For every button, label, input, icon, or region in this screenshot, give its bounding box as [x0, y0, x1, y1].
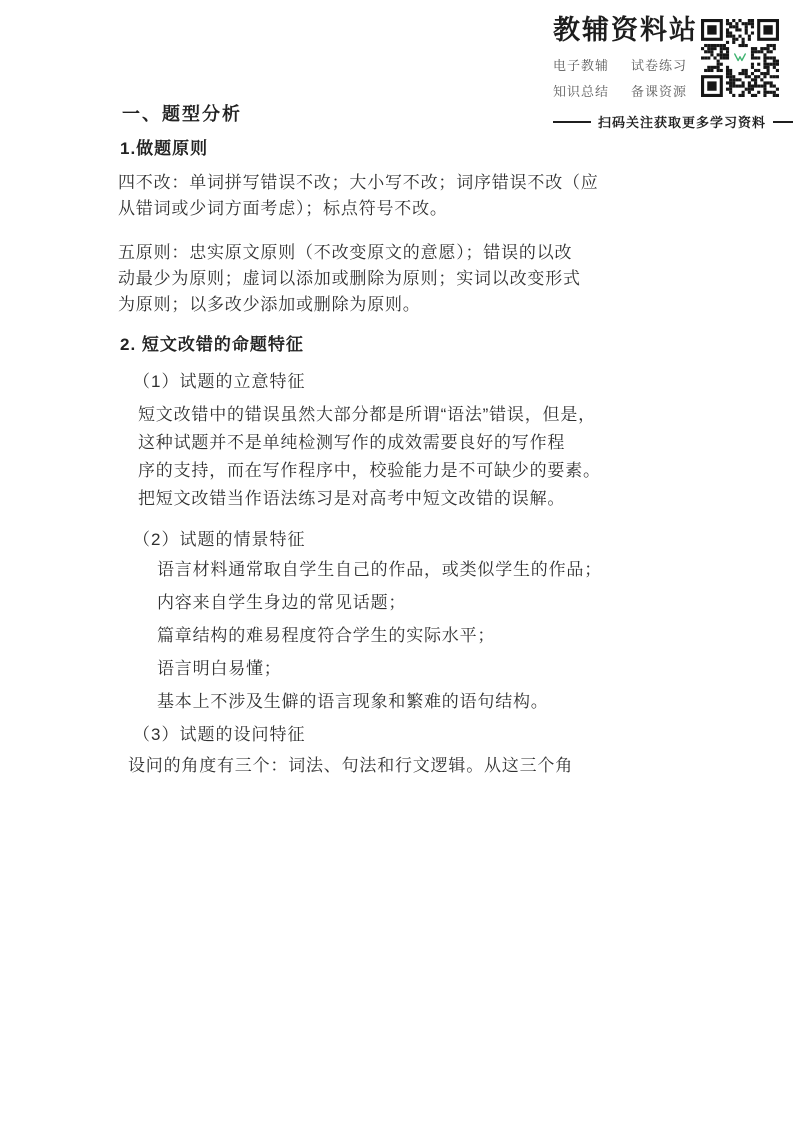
brand-label: 试卷练习 [631, 55, 693, 74]
paragraph-line: 为原则；以多改少添加或删除为原则。 [118, 292, 610, 318]
document-body: 一、题型分析 1.做题原则 四不改：单词拼写错误不改；大小写不改；词序错误不改（… [118, 96, 610, 778]
subsection-title-2: 2. 短文改错的命题特征 [118, 334, 610, 356]
list-item: 语言明白易懂； [157, 658, 610, 679]
paragraph-four-principles: 四不改：单词拼写错误不改；大小写不改；词序错误不改（应 从错词或少词方面考虑）；… [118, 170, 610, 222]
subsection-title-1: 1.做题原则 [118, 138, 610, 160]
feature3-title: （3）试题的设问特征 [118, 724, 610, 746]
brand-label: 电子教辅 [553, 55, 615, 74]
qr-code-icon [701, 16, 779, 100]
paragraph-line: 四不改：单词拼写错误不改；大小写不改；词序错误不改（应 [118, 170, 610, 196]
paragraph-line: 短文改错中的错误虽然大部分都是所谓“语法”错误，但是， [138, 401, 610, 429]
feature2-title: （2）试题的情景特征 [118, 529, 610, 551]
paragraph-line: 从错词或少词方面考虑）；标点符号不改。 [118, 196, 610, 222]
brand-labels: 电子教辅 试卷练习 知识总结 备课资源 [553, 55, 693, 100]
paragraph-line: 五原则：忠实原文原则（不改变原文的意愿）；错误的以改 [118, 240, 610, 266]
tagline-dash-right [773, 121, 793, 123]
paragraph-line: 设问的角度有三个：词法、句法和行文逻辑。从这三个角 [128, 754, 610, 778]
paragraph-five-principles: 五原则：忠实原文原则（不改变原文的意愿）；错误的以改 动最少为原则；虚词以添加或… [118, 240, 610, 318]
paragraph-line: 序的支持，而在写作程序中，校验能力是不可缺少的要素。 [138, 457, 610, 485]
paragraph-line: 动最少为原则；虚词以添加或删除为原则；实词以改变形式 [118, 266, 610, 292]
list-item: 语言材料通常取自学生自己的作品，或类似学生的作品； [157, 559, 610, 580]
paragraph-line: 这种试题并不是单纯检测写作的成效需要良好的写作程 [138, 429, 610, 457]
feature2-list: 语言材料通常取自学生自己的作品，或类似学生的作品； 内容来自学生身边的常见话题；… [118, 559, 610, 712]
brand-label: 备课资源 [631, 81, 693, 100]
feature3-paragraph: 设问的角度有三个：词法、句法和行文逻辑。从这三个角 [118, 754, 610, 778]
list-item: 基本上不涉及生僻的语言现象和繁难的语句结构。 [157, 691, 610, 712]
feature1-title: （1）试题的立意特征 [118, 371, 610, 393]
feature1-paragraph: 短文改错中的错误虽然大部分都是所谓“语法”错误，但是， 这种试题并不是单纯检测写… [118, 401, 610, 513]
list-item: 内容来自学生身边的常见话题； [157, 592, 610, 613]
tagline-text: 扫码关注获取更多学习资料 [598, 112, 766, 131]
section-title: 一、题型分析 [118, 102, 610, 126]
paragraph-line: 把短文改错当作语法练习是对高考中短文改错的误解。 [138, 485, 610, 513]
document-page: 教辅资料站 电子教辅 试卷练习 知识总结 备课资源 扫码关注获取更多学习资料 一… [0, 0, 793, 1122]
list-item: 篇章结构的难易程度符合学生的实际水平； [157, 625, 610, 646]
brand-logo: 教辅资料站 [553, 14, 693, 46]
